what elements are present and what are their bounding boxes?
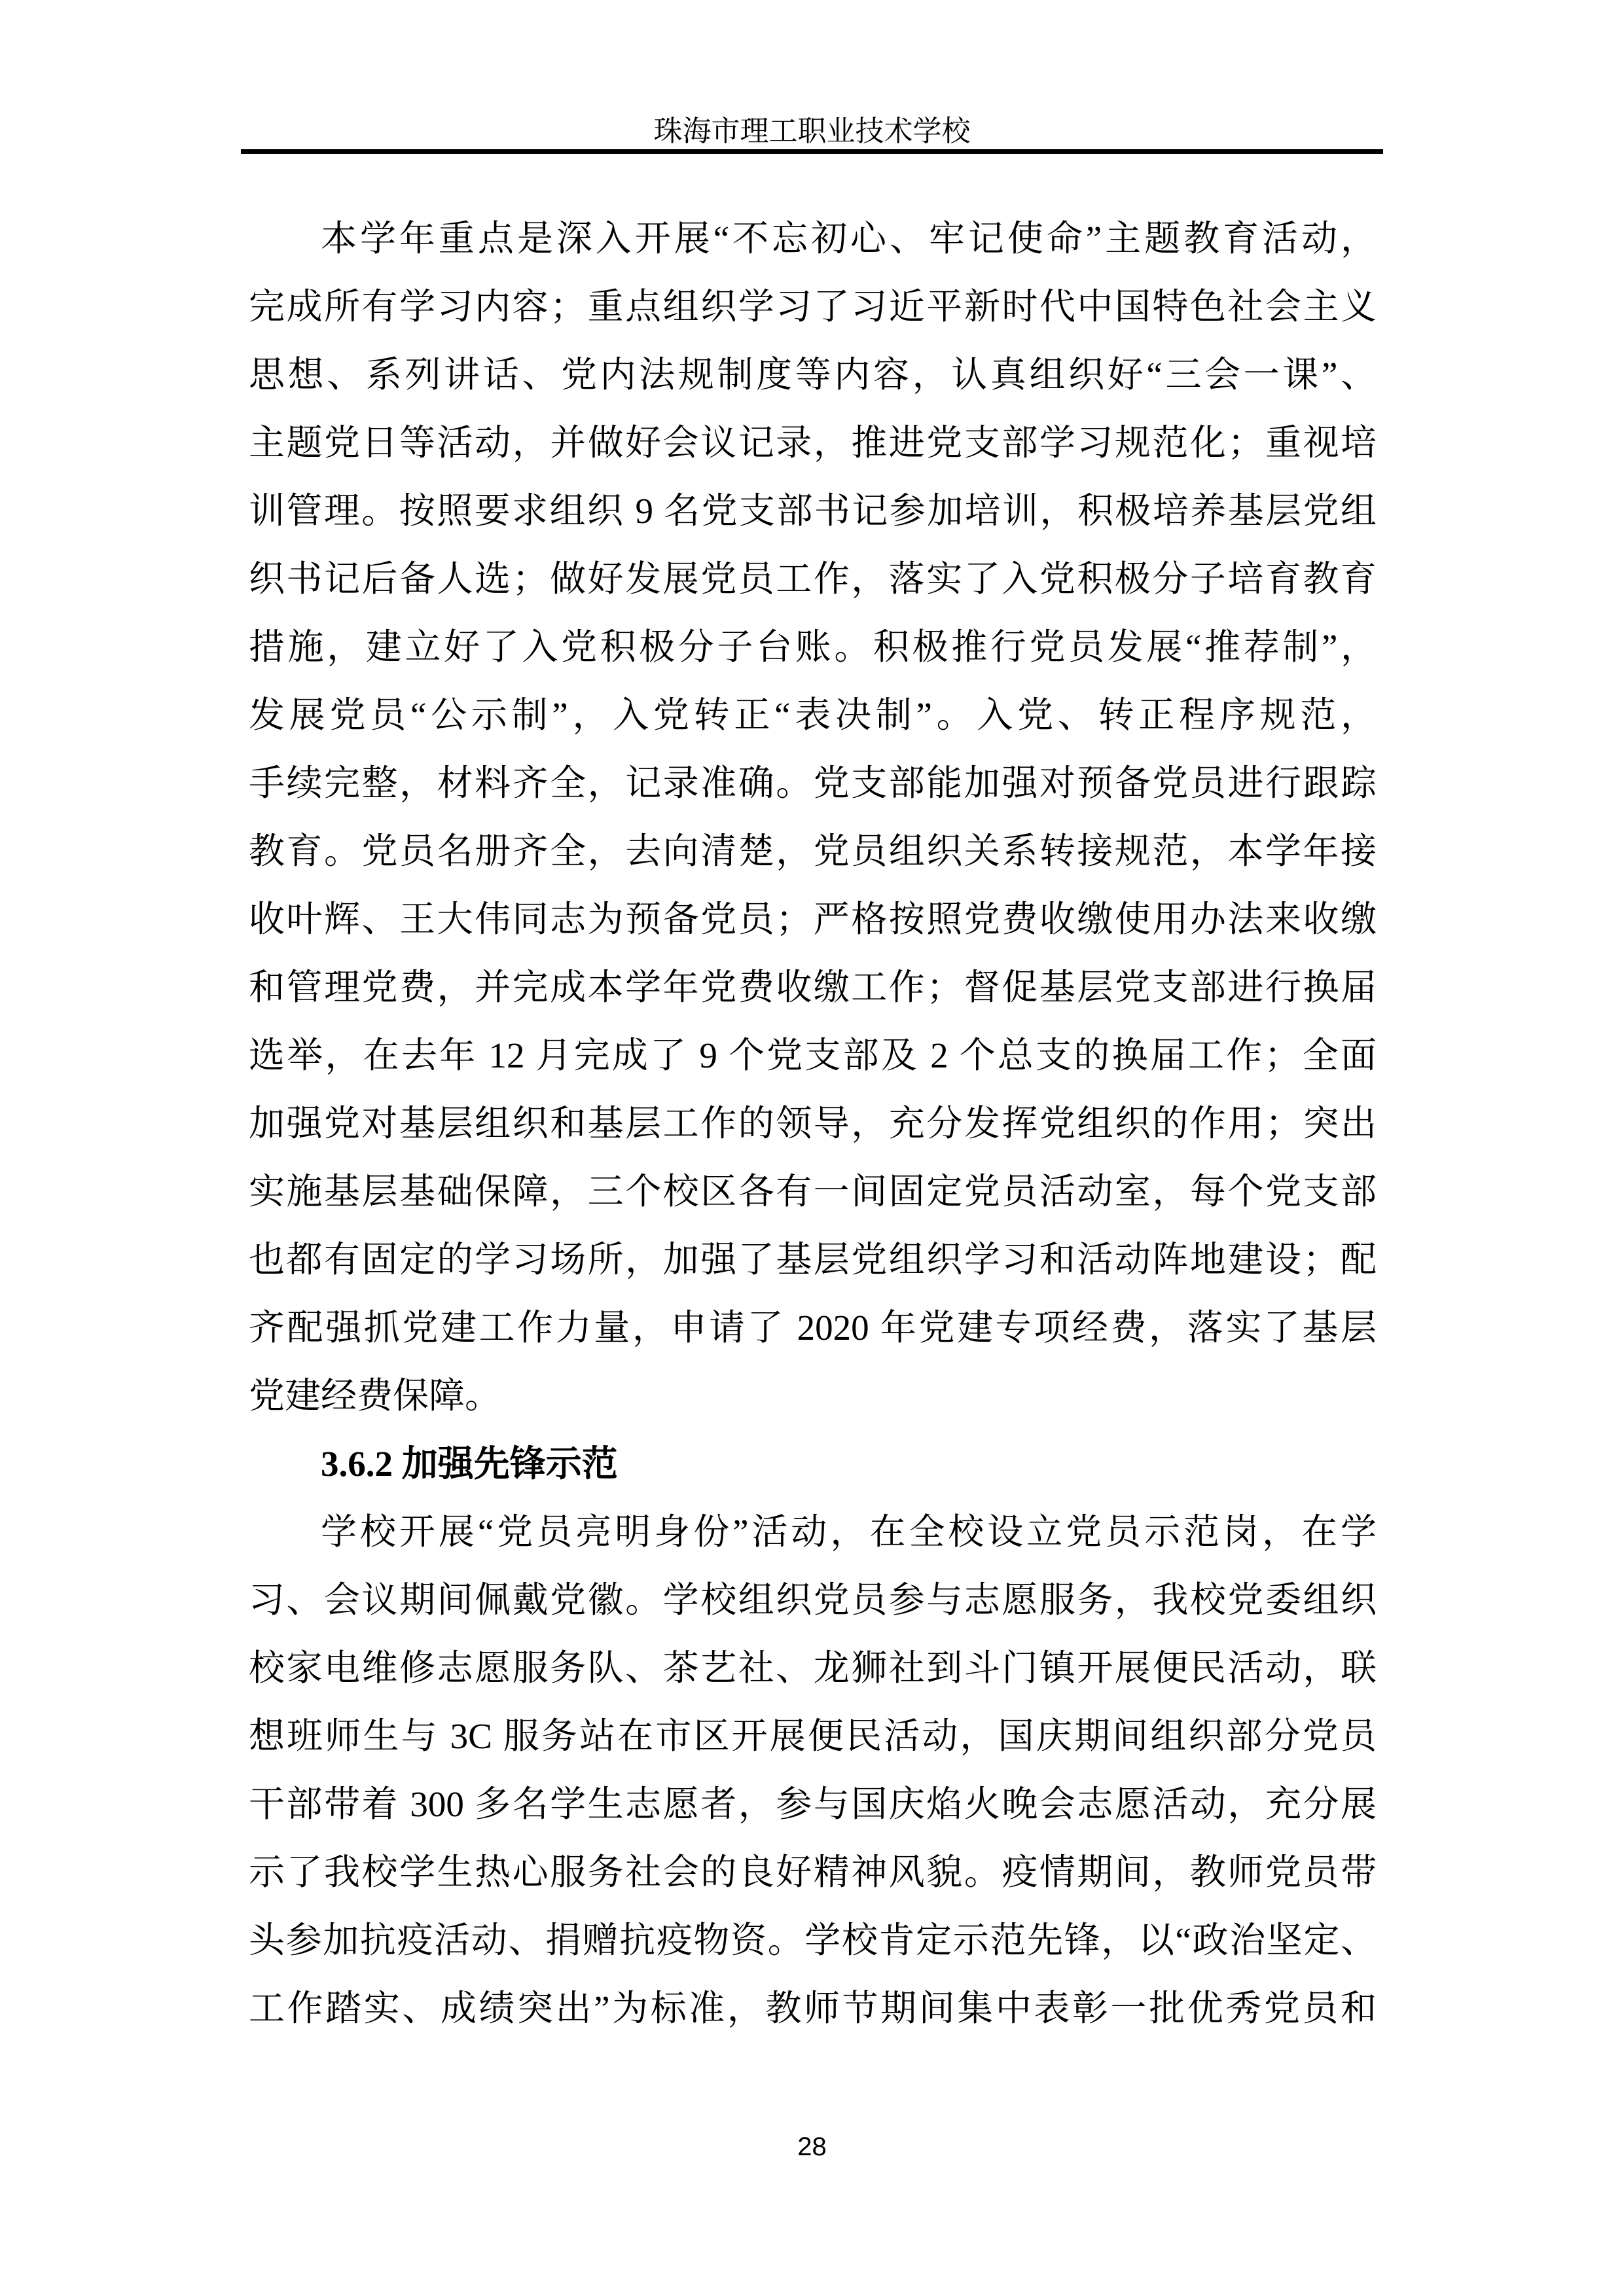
paragraph-line: 校家电维修志愿服务队、茶艺社、龙狮社到斗门镇开展便民活动，联	[249, 1634, 1377, 1702]
paragraph-line: 本学年重点是深入开展“不忘初心、牢记使命”主题教育活动，	[249, 205, 1377, 273]
paragraph-line: 齐配强抓党建工作力量，申请了 2020 年党建专项经费，落实了基层	[249, 1294, 1377, 1362]
paragraph-line: 主题党日等活动，并做好会议记录，推进党支部学习规范化；重视培	[249, 409, 1377, 477]
paragraph-1: 本学年重点是深入开展“不忘初心、牢记使命”主题教育活动，完成所有学习内容；重点组…	[249, 205, 1377, 1430]
paragraph-line: 完成所有学习内容；重点组织学习了习近平新时代中国特色社会主义	[249, 273, 1377, 341]
paragraph-line: 实施基层基础保障，三个校区各有一间固定党员活动室，每个党支部	[249, 1158, 1377, 1226]
paragraph-line: 织书记后备人选；做好发展党员工作，落实了入党积极分子培育教育	[249, 545, 1377, 613]
paragraph-line: 工作踏实、成绩突出”为标准，教师节期间集中表彰一批优秀党员和	[249, 1975, 1377, 2043]
paragraph-line: 思想、系列讲话、党内法规制度等内容，认真组织好“三会一课”、	[249, 341, 1377, 409]
page-header-school-name: 珠海市理工职业技术学校	[0, 117, 1624, 147]
paragraph-line: 训管理。按照要求组织 9 名党支部书记参加培训，积极培养基层党组	[249, 477, 1377, 545]
paragraph-line: 学校开展“党员亮明身份”活动，在全校设立党员示范岗，在学	[249, 1498, 1377, 1566]
paragraph-line: 习、会议期间佩戴党徽。学校组织党员参与志愿服务，我校党委组织	[249, 1566, 1377, 1634]
paragraph-2: 学校开展“党员亮明身份”活动，在全校设立党员示范岗，在学习、会议期间佩戴党徽。学…	[249, 1498, 1377, 2043]
paragraph-line: 手续完整，材料齐全，记录准确。党支部能加强对预备党员进行跟踪	[249, 749, 1377, 817]
paragraph-line: 干部带着 300 多名学生志愿者，参与国庆焰火晚会志愿活动，充分展	[249, 1770, 1377, 1839]
paragraph-line: 也都有固定的学习场所，加强了基层党组织学习和活动阵地建设；配	[249, 1226, 1377, 1294]
paragraph-line: 想班师生与 3C 服务站在市区开展便民活动，国庆期间组织部分党员	[249, 1702, 1377, 1770]
section-heading-3-6-2: 3.6.2 加强先锋示范	[249, 1430, 1377, 1498]
paragraph-line: 措施，建立好了入党积极分子台账。积极推行党员发展“推荐制”，	[249, 613, 1377, 681]
paragraph-line: 发展党员“公示制”，入党转正“表决制”。入党、转正程序规范，	[249, 681, 1377, 749]
paragraph-line: 加强党对基层组织和基层工作的领导，充分发挥党组织的作用；突出	[249, 1090, 1377, 1158]
paragraph-line: 和管理党费，并完成本学年党费收缴工作；督促基层党支部进行换届	[249, 954, 1377, 1022]
page-number: 28	[0, 2132, 1624, 2162]
paragraph-line: 示了我校学生热心服务社会的良好精神风貌。疫情期间，教师党员带	[249, 1839, 1377, 1907]
paragraph-line: 收叶辉、王大伟同志为预备党员；严格按照党费收缴使用办法来收缴	[249, 886, 1377, 954]
document-body: 本学年重点是深入开展“不忘初心、牢记使命”主题教育活动，完成所有学习内容；重点组…	[249, 205, 1377, 2043]
paragraph-line: 教育。党员名册齐全，去向清楚，党员组织关系转接规范，本学年接	[249, 817, 1377, 886]
paragraph-line: 选举，在去年 12 月完成了 9 个党支部及 2 个总支的换届工作；全面	[249, 1022, 1377, 1090]
header-divider-rule	[241, 149, 1383, 154]
paragraph-line: 党建经费保障。	[249, 1362, 1377, 1430]
document-page: 珠海市理工职业技术学校 本学年重点是深入开展“不忘初心、牢记使命”主题教育活动，…	[0, 0, 1624, 2296]
paragraph-line: 头参加抗疫活动、捐赠抗疫物资。学校肯定示范先锋，以“政治坚定、	[249, 1907, 1377, 1975]
